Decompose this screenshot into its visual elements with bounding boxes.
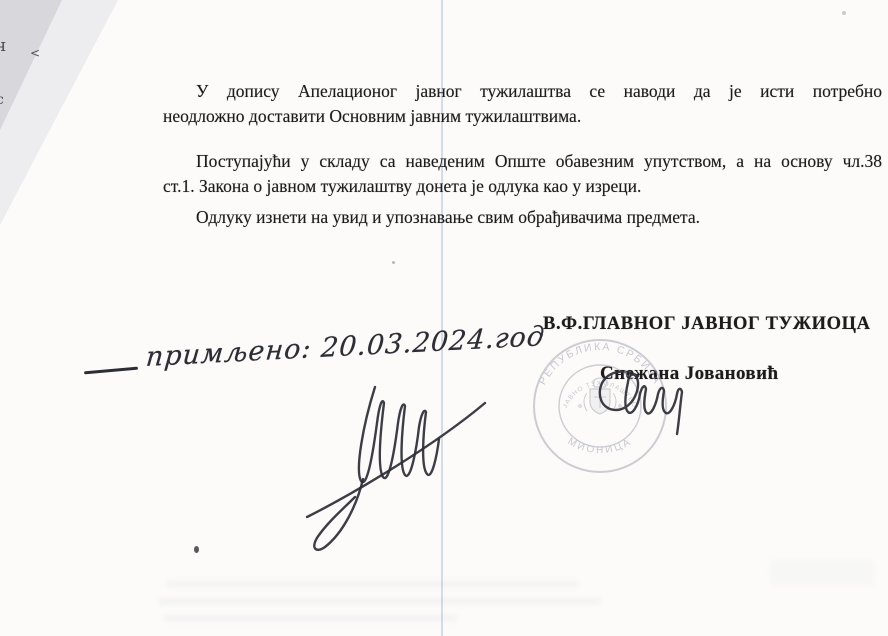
scanned-document-page: ч < с У допису Апелационог јавног тужила… bbox=[0, 0, 888, 636]
paragraph-1-line-2: неодложно доставити Основним јавним тужи… bbox=[163, 104, 581, 128]
bleed-through-line bbox=[157, 597, 602, 605]
signer-signature-scribble bbox=[580, 348, 715, 443]
bleed-through-line bbox=[163, 614, 458, 622]
scan-speck bbox=[624, 371, 627, 374]
paragraph-2-line-1: Поступајући у складу са наведеним Опште … bbox=[196, 149, 882, 173]
handwritten-received-note: примљено: 20.03.2024.год bbox=[145, 321, 547, 373]
scan-corner-shadow-dark bbox=[0, 0, 62, 130]
ink-dot bbox=[194, 546, 199, 553]
handwritten-signature-scribble bbox=[285, 375, 495, 565]
paragraph-3-line-1: Одлуку изнети на увид и упознавање свим … bbox=[196, 205, 700, 229]
handwritten-dash bbox=[84, 367, 138, 375]
margin-mark-fragment: с bbox=[0, 92, 4, 108]
margin-mark-fragment: < bbox=[30, 46, 40, 60]
paragraph-1-line-1: У допису Апелационог јавног тужилаштва с… bbox=[196, 79, 882, 103]
margin-mark-fragment: ч bbox=[0, 36, 6, 56]
scan-speck bbox=[392, 261, 395, 264]
bleed-through-patch bbox=[770, 560, 875, 586]
scan-speck bbox=[842, 11, 846, 15]
paragraph-2-line-2: ст.1. Закона о јавном тужилаштву донета … bbox=[163, 174, 641, 198]
bleed-through-line bbox=[165, 580, 580, 588]
